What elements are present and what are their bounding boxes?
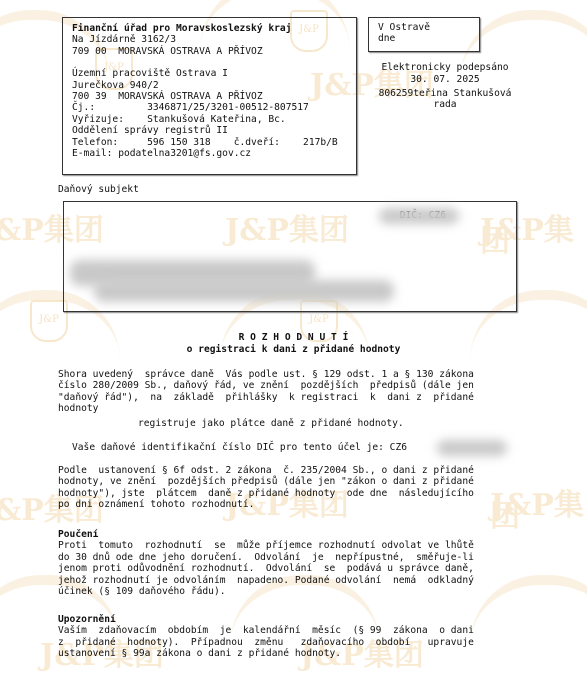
text-line: Podle ustanovení § 6f odst. 2 zákona č. …	[58, 465, 516, 476]
text-line: jehož rozhodnutí je odvoláním napadeno. …	[58, 575, 516, 586]
office-street: Na Jízdárně 3162/3	[72, 34, 356, 45]
document-page: Finanční úřad pro Moravskoslezský kraj N…	[0, 0, 587, 682]
text-line: účinek (§ 109 daňového řádu).	[58, 586, 516, 597]
decision-subtitle: o registraci k dani z přidané hodnoty	[0, 344, 587, 355]
text-line: hodnoty"), jste plátcem daně z přidané h…	[58, 488, 516, 499]
registration-statement: registruje jako plátce daně z přidané ho…	[58, 418, 516, 429]
office-name: Finanční úřad pro Moravskoslezský kraj	[72, 23, 356, 34]
signature-date: 30. 07. 2025	[370, 74, 520, 85]
payer-paragraph: Podle ustanovení § 6f odst. 2 zákona č. …	[58, 465, 516, 511]
text-line: po dni oznámení tohoto rozhodnutí.	[58, 499, 516, 510]
text-line: ustanovení § 99a zákona o dani z přidané…	[58, 648, 516, 659]
electronic-signature: Elektronicky podepsáno 30. 07. 2025 8062…	[370, 62, 520, 111]
redaction-blur	[437, 440, 507, 456]
text-line: jenom proti odůvodnění rozhodnutí. Odvol…	[58, 563, 516, 574]
tax-subject-label: Daňový subjekt	[58, 184, 139, 195]
instruction-section: Poučení Proti tomuto rozhodnutí se může …	[58, 529, 516, 597]
office-city: 709 00 MORAVSKÁ OSTRAVA A PŘÍVOZ	[72, 46, 356, 57]
signature-label: Elektronicky podepsáno	[370, 62, 520, 73]
tax-subject-box: DIČ: CZ6	[63, 201, 517, 312]
decision-title: R O Z H O D N U T Í	[0, 332, 587, 343]
handled-by: Vyřizuje: Stankušová Kateřina, Bc.	[72, 114, 356, 125]
department: Oddělení správy registrů II	[72, 125, 356, 136]
phone-and-door: Telefon: 596 150 318 č.dveří: 217b/B	[72, 137, 356, 148]
warning-section: Upozornění Vaším zdaňovacím obdobím je k…	[58, 614, 516, 660]
text-line: hodnoty	[58, 403, 516, 414]
signature-title: rada	[370, 99, 520, 110]
redaction-blur	[379, 208, 459, 224]
place-text: V Ostravě	[378, 22, 479, 33]
text-line: hodnoty, ve znění pozdějších předpisů (d…	[58, 476, 516, 487]
workplace-city: 700 39 MORAVSKÁ OSTRAVA A PŘÍVOZ	[72, 91, 356, 102]
warning-heading: Upozornění	[58, 614, 516, 625]
signature-name: 806259teřina Stankušová	[370, 88, 520, 99]
reference-number: Čj.: 3346871/25/3201-00512-807517	[72, 102, 356, 113]
text-line: registruje jako plátce daně z přidané ho…	[58, 418, 516, 429]
workplace-street: Jurečkova 940/2	[72, 80, 356, 91]
text-line: číslo 280/2009 Sb., daňový řád, ve znění…	[58, 380, 516, 391]
instruction-heading: Poučení	[58, 529, 516, 540]
office-address-box: Finanční úřad pro Moravskoslezský kraj N…	[62, 17, 357, 175]
text-line: z přidané hodnoty). Případnou změnu zdaň…	[58, 637, 516, 648]
workplace-name: Územní pracoviště Ostrava I	[72, 68, 356, 79]
redaction-blur	[94, 280, 394, 302]
place-date-box: V Ostravě dne	[368, 17, 480, 52]
text-line: Vaším zdaňovacím obdobím je kalendářní m…	[58, 625, 516, 636]
text-line: Shora uvedený správce daně Vás podle ust…	[58, 369, 516, 380]
email: E-mail: podatelna3201@fs.gov.cz	[72, 148, 356, 159]
date-label: dne	[378, 33, 479, 44]
intro-paragraph: Shora uvedený správce daně Vás podle ust…	[58, 369, 516, 415]
text-line: Proti tomuto rozhodnutí se může příjemce…	[58, 540, 516, 551]
text-line: "daňový řád"), na základě přihlášky k re…	[58, 392, 516, 403]
text-line: do 30 dnů ode dne jeho doručení. Odvolán…	[58, 552, 516, 563]
